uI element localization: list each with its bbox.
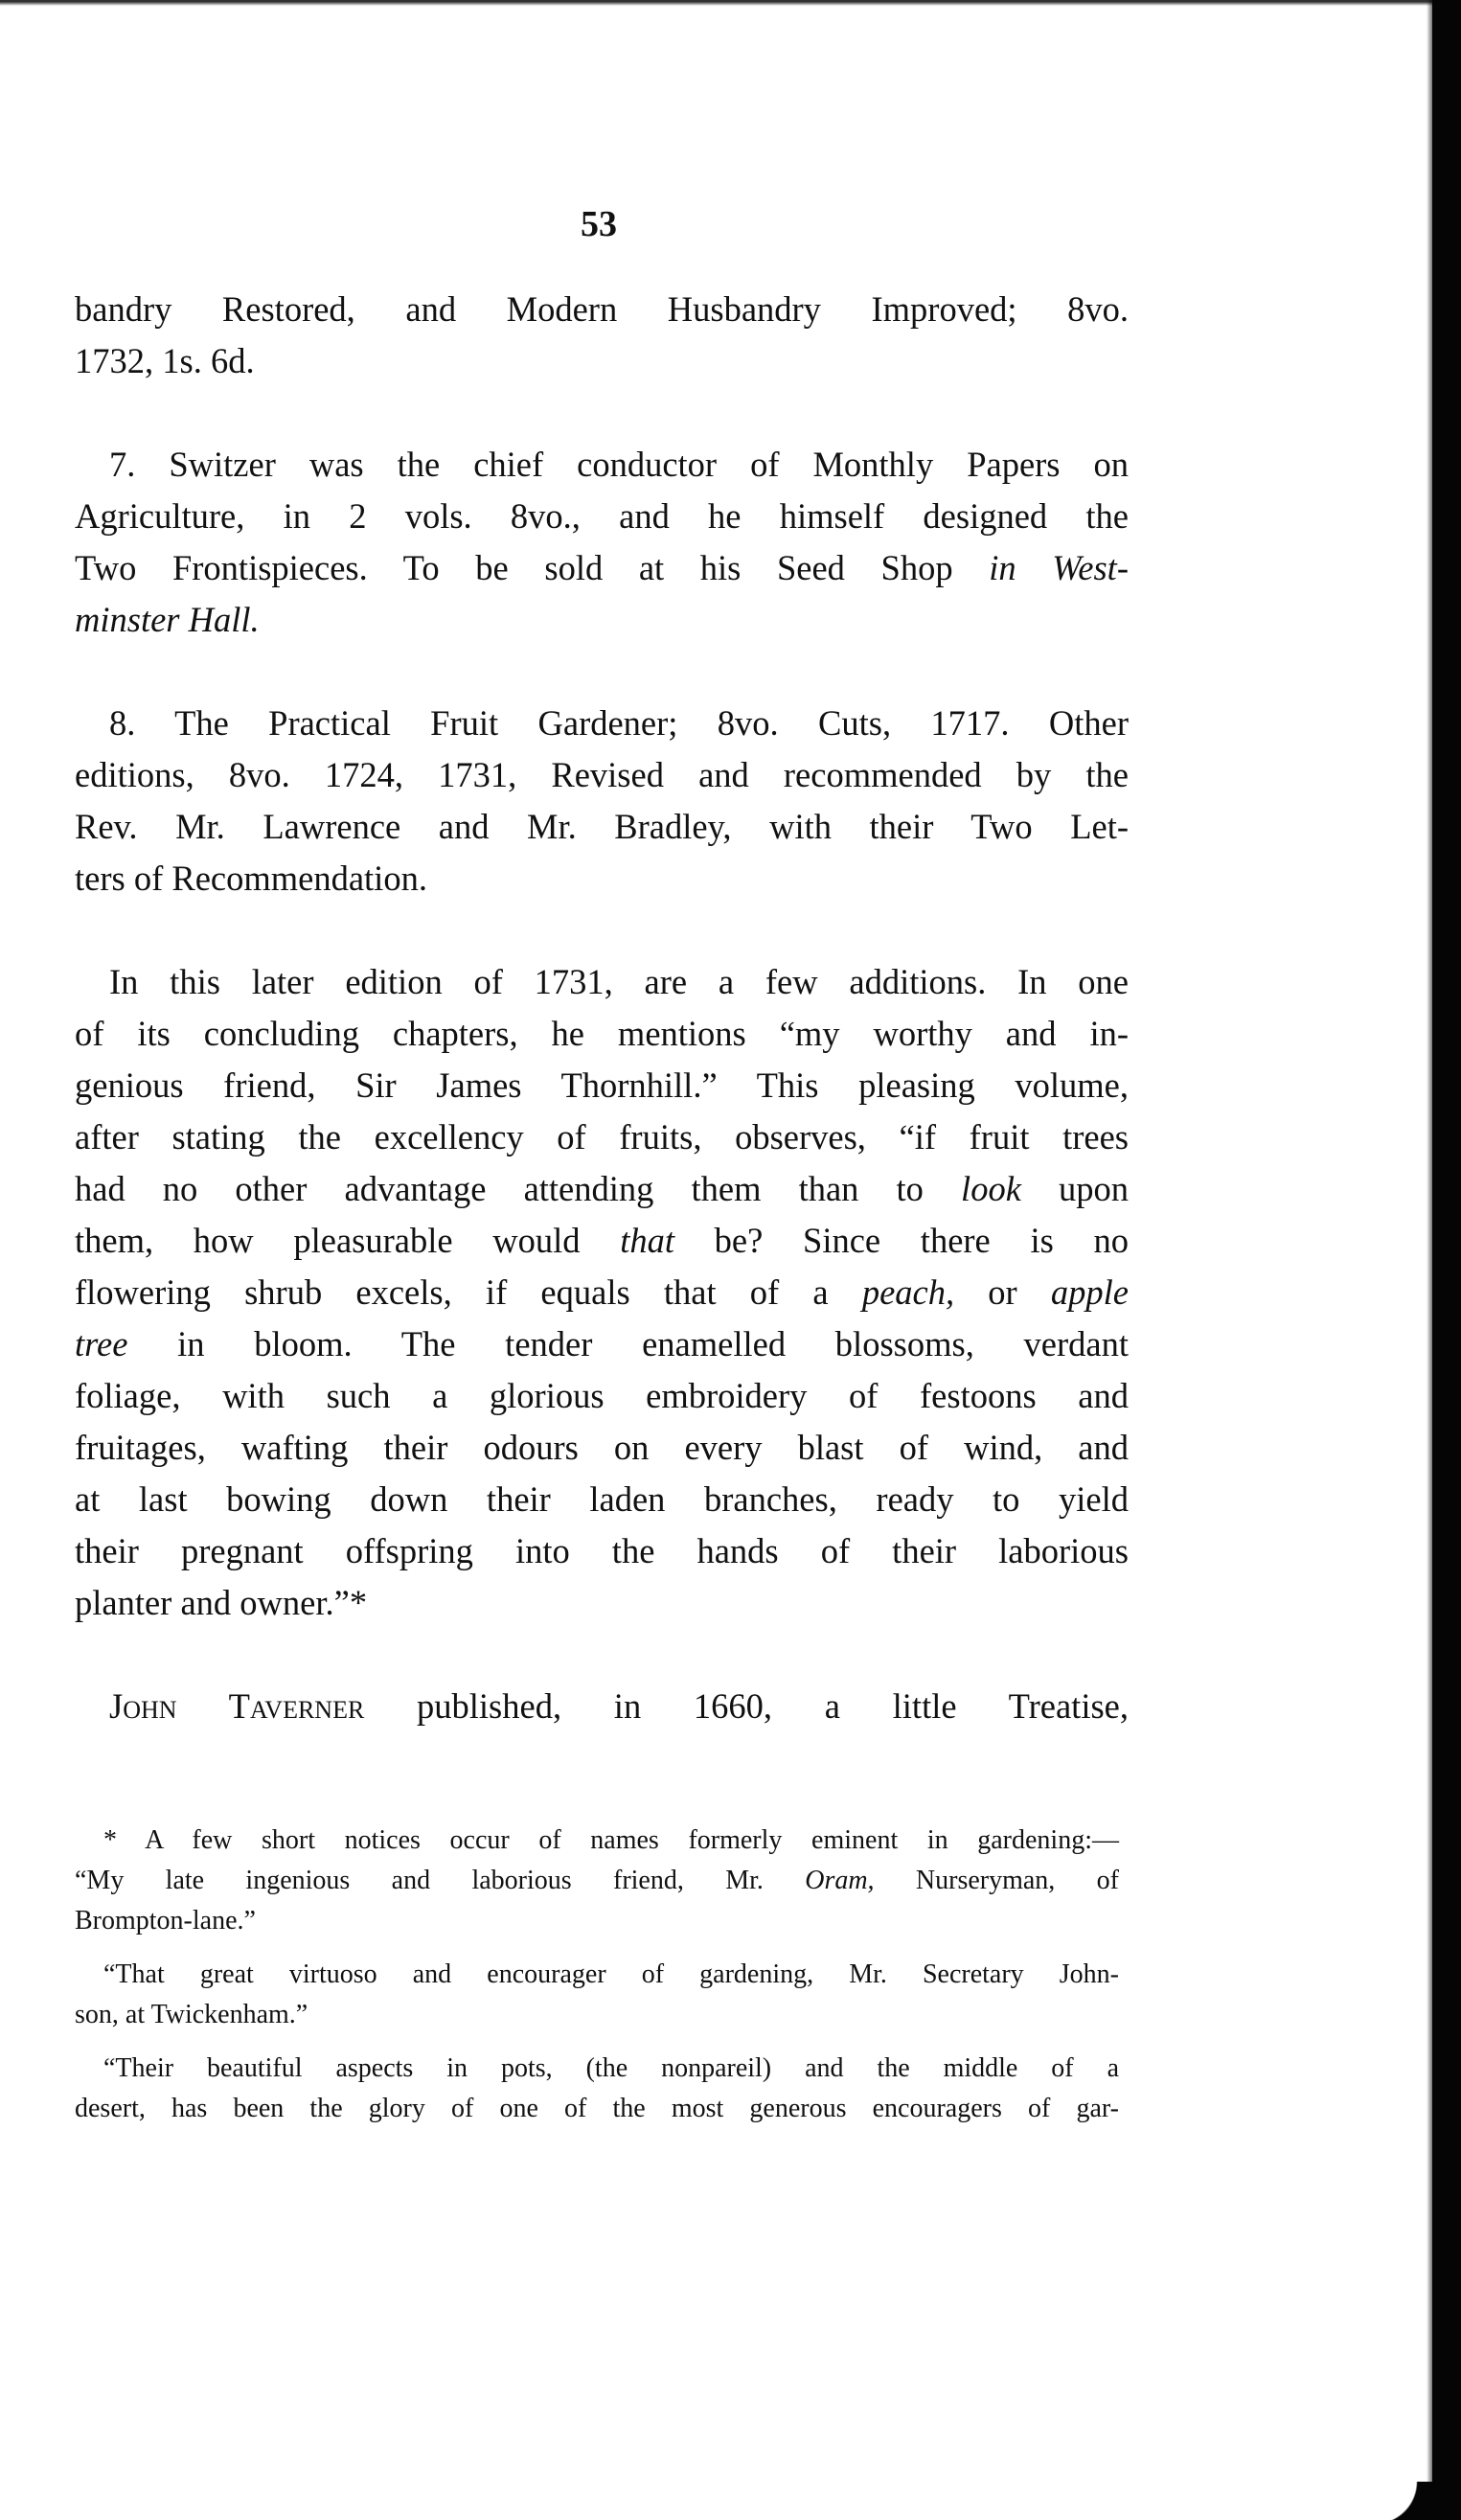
text-line: after stating the excellency of fruits, … [75, 1111, 1129, 1163]
italic-text: peach, [862, 1272, 954, 1312]
text-line: “Their beautiful aspects in pots, (the n… [75, 2049, 1119, 2089]
paragraph-gap [75, 1629, 1129, 1681]
text-line: John Taverner published, in 1660, a litt… [75, 1681, 1129, 1732]
paragraph-gap [75, 387, 1129, 439]
footnote-nonpareil: “Their beautiful aspects in pots, (the n… [75, 2049, 1119, 2129]
page-number: 53 [0, 203, 1198, 245]
text-line: desert, has been the glory of one of the… [75, 2089, 1119, 2129]
footnotes: * A few short notices occur of names for… [75, 1821, 1119, 2142]
text-line: minster Hall. [75, 594, 1129, 646]
italic-text: that [620, 1221, 674, 1260]
text-line: foliage, with such a glorious embroidery… [75, 1370, 1129, 1422]
text-line: genious friend, Sir James Thornhill.” Th… [75, 1060, 1129, 1111]
italic-text: apple [1051, 1272, 1129, 1312]
paragraph-gap [75, 905, 1129, 956]
italic-text: tree [75, 1324, 127, 1363]
paragraph-item-7: 7. Switzer was the chief conductor of Mo… [75, 439, 1129, 646]
text-line: In this later edition of 1731, are a few… [75, 956, 1129, 1008]
paragraph-continuation: bandry Restored, and Modern Husbandry Im… [75, 284, 1129, 387]
body-text: bandry Restored, and Modern Husbandry Im… [75, 284, 1129, 1732]
paragraph-taverner: John Taverner published, in 1660, a litt… [75, 1681, 1129, 1732]
text-line: their pregnant offspring into the hands … [75, 1525, 1129, 1577]
footnote-oram: * A few short notices occur of names for… [75, 1821, 1119, 1941]
text-line: Two Frontispieces. To be sold at his See… [75, 542, 1129, 594]
smallcaps-name: John Taverner [109, 1686, 364, 1726]
text-line: * A few short notices occur of names for… [75, 1821, 1119, 1861]
text-line: son, at Twickenham.” [75, 1995, 1119, 2035]
page-right-edge-shadow [1432, 0, 1461, 2520]
text-line: ters of Recommendation. [75, 853, 1129, 905]
text-line: editions, 8vo. 1724, 1731, Revised and r… [75, 749, 1129, 801]
text-line: bandry Restored, and Modern Husbandry Im… [75, 284, 1129, 335]
text-line: of its concluding chapters, he mentions … [75, 1008, 1129, 1060]
page-top-edge-shadow [0, 0, 1461, 6]
text-line: 7. Switzer was the chief conductor of Mo… [75, 439, 1129, 491]
text-line: flowering shrub excels, if equals that o… [75, 1267, 1129, 1318]
italic-text: Oram, [805, 1866, 874, 1895]
text-line: at last bowing down their laden branches… [75, 1474, 1129, 1525]
text-line: “My late ingenious and laborious friend,… [75, 1861, 1119, 1901]
italic-text: in West- [989, 548, 1129, 587]
paragraph-gap [75, 646, 1129, 698]
text-line: them, how pleasurable would that be? Sin… [75, 1215, 1129, 1267]
text-line: had no other advantage attending them th… [75, 1163, 1129, 1215]
text-line: Agriculture, in 2 vols. 8vo., and he him… [75, 491, 1129, 542]
text-line: “That great virtuoso and encourager of g… [75, 1955, 1119, 1995]
text-line: Rev. Mr. Lawrence and Mr. Bradley, with … [75, 801, 1129, 853]
text-line: 1732, 1s. 6d. [75, 335, 1129, 387]
text-line: planter and owner.”* [75, 1577, 1129, 1629]
text-line: 8. The Practical Fruit Gardener; 8vo. Cu… [75, 698, 1129, 749]
text-line: Brompton-lane.” [75, 1901, 1119, 1941]
italic-text: look [961, 1169, 1021, 1208]
paragraph-item-8: 8. The Practical Fruit Gardener; 8vo. Cu… [75, 698, 1129, 905]
italic-text: minster Hall. [75, 600, 260, 639]
text-line: tree in bloom. The tender enamelled blos… [75, 1318, 1129, 1370]
paragraph-later-edition: In this later edition of 1731, are a few… [75, 956, 1129, 1629]
footnote-johnson: “That great virtuoso and encourager of g… [75, 1955, 1119, 2035]
page-corner-curl [1375, 2482, 1432, 2520]
text-line: fruitages, wafting their odours on every… [75, 1422, 1129, 1474]
